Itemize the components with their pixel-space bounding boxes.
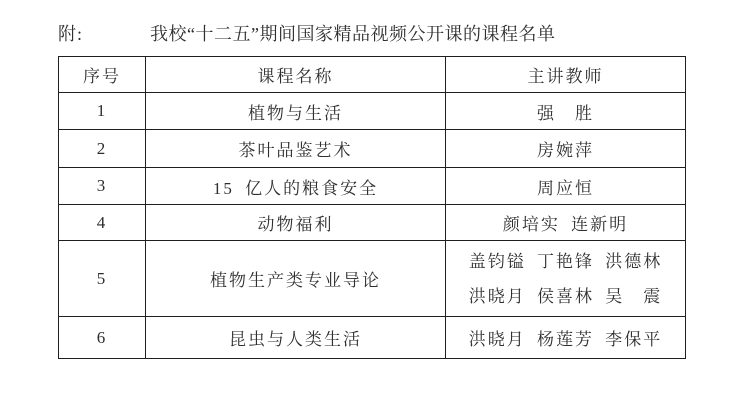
table-row: 2 茶叶品鉴艺术 房婉萍 <box>59 130 686 168</box>
teacher-cell: 强 胜 <box>446 93 686 130</box>
course-name-cell: 15 亿人的粮食安全 <box>146 168 446 205</box>
course-name-cell: 昆虫与人类生活 <box>146 317 446 359</box>
teacher-cell: 房婉萍 <box>446 130 686 168</box>
course-name-cell: 植物生产类专业导论 <box>146 241 446 317</box>
teacher-cell: 盖钧镒 丁艳锋 洪德林 洪晓月 侯喜林 吴 震 <box>446 241 686 317</box>
attachment-label: 附: <box>58 20 83 46</box>
course-name-cell: 动物福利 <box>146 205 446 241</box>
table-row: 3 15 亿人的粮食安全 周应恒 <box>59 168 686 205</box>
row-number-cell: 5 <box>59 241 146 317</box>
header-cell-course: 课程名称 <box>146 57 446 93</box>
header-cell-teacher: 主讲教师 <box>446 57 686 93</box>
course-name-cell: 植物与生活 <box>146 93 446 130</box>
header-cell-number: 序号 <box>59 57 146 93</box>
table-row: 6 昆虫与人类生活 洪晓月 杨莲芳 李保平 <box>59 317 686 359</box>
teacher-cell: 洪晓月 杨莲芳 李保平 <box>446 317 686 359</box>
row-number-cell: 4 <box>59 205 146 241</box>
table-row: 4 动物福利 颜培实 连新明 <box>59 205 686 241</box>
title-row: 附: 我校“十二五”期间国家精品视频公开课的课程名单 <box>58 20 698 44</box>
row-number-cell: 1 <box>59 93 146 130</box>
teacher-line: 洪晓月 侯喜林 吴 震 <box>446 279 685 314</box>
table-header-row: 序号 课程名称 主讲教师 <box>59 57 686 93</box>
row-number-cell: 3 <box>59 168 146 205</box>
teacher-cell: 周应恒 <box>446 168 686 205</box>
course-table: 序号 课程名称 主讲教师 1 植物与生活 强 胜 2 茶叶品鉴艺术 房婉萍 3 … <box>58 56 686 359</box>
page-title: 我校“十二五”期间国家精品视频公开课的课程名单 <box>150 20 555 46</box>
teacher-cell: 颜培实 连新明 <box>446 205 686 241</box>
table-row: 5 植物生产类专业导论 盖钧镒 丁艳锋 洪德林 洪晓月 侯喜林 吴 震 <box>59 241 686 317</box>
course-name-cell: 茶叶品鉴艺术 <box>146 130 446 168</box>
teacher-line: 盖钧镒 丁艳锋 洪德林 <box>446 244 685 279</box>
row-number-cell: 2 <box>59 130 146 168</box>
row-number-cell: 6 <box>59 317 146 359</box>
table-row: 1 植物与生活 强 胜 <box>59 93 686 130</box>
